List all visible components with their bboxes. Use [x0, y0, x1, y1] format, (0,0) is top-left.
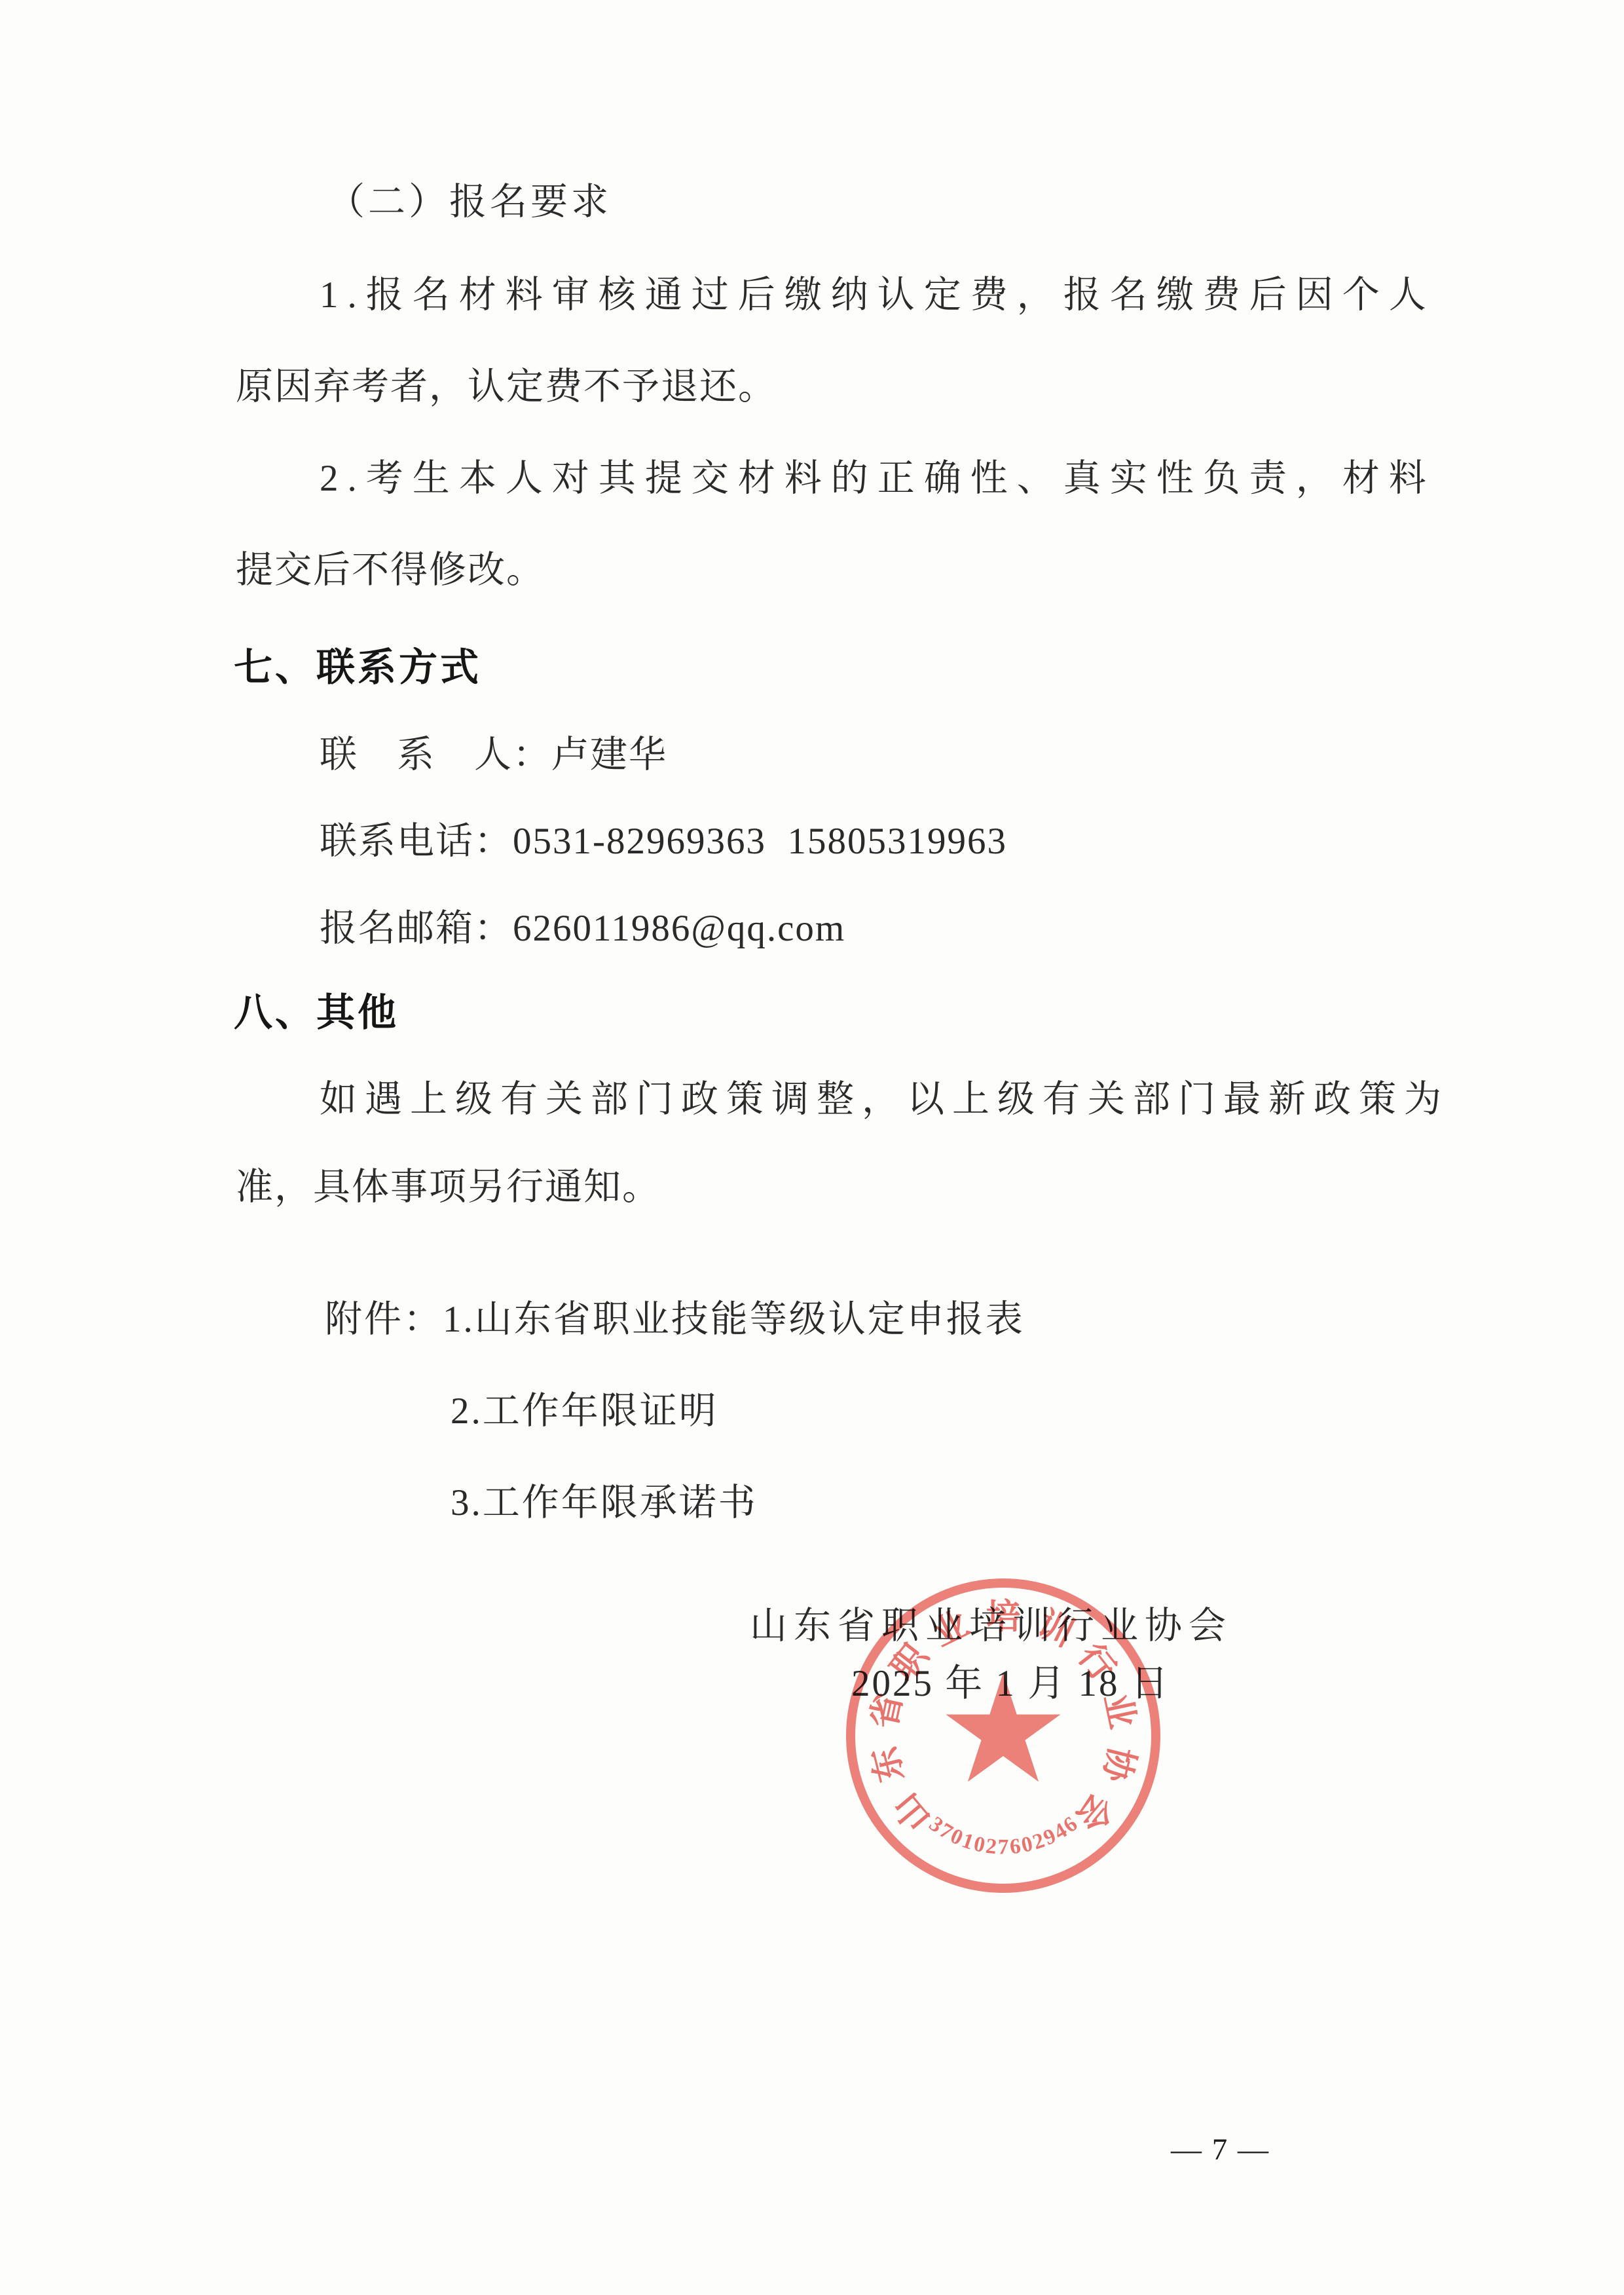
section-heading-other: 八、其他 — [234, 991, 399, 1036]
svg-text:训: 训 — [1031, 1604, 1079, 1654]
svg-text:职: 职 — [884, 1636, 936, 1688]
svg-text:东: 东 — [865, 1743, 911, 1786]
page-number: — 7 — — [1171, 2132, 1270, 2167]
contact-phone-line: 联系电话：0531-82969363 15805319963 — [320, 820, 1007, 863]
official-seal: 山东省职业培训行业协会 3701027602946 — [833, 1565, 1173, 1906]
para-material-responsibility-line1: 2.考生本人对其提交材料的正确性、真实性负责，材料 — [320, 457, 1435, 500]
para-registration-fee-line2: 原因弃考者，认定费不予退还。 — [236, 365, 777, 409]
svg-text:业: 业 — [1097, 1690, 1141, 1732]
svg-text:培: 培 — [986, 1597, 1021, 1636]
section-heading-contact-info: 七、联系方式 — [234, 646, 481, 690]
seal-star-icon — [946, 1673, 1061, 1782]
attachment-list-item-1: 附件：1.山东省职业技能等级认定申报表 — [325, 1298, 1025, 1341]
section-heading-registration-requirements: （二）报名要求 — [327, 181, 612, 224]
para-policy-adjustment-line2: 准，具体事项另行通知。 — [236, 1166, 661, 1209]
seal-serial-number: 3701027602946 — [925, 1812, 1082, 1859]
contact-email-line: 报名邮箱：626011986@qq.com — [320, 907, 845, 950]
svg-text:行: 行 — [1071, 1637, 1122, 1688]
svg-text:7: 7 — [998, 1836, 1009, 1859]
contact-person-line: 联 系 人：卢建华 — [320, 734, 667, 777]
svg-text:业: 业 — [927, 1605, 975, 1654]
svg-text:2: 2 — [985, 1835, 998, 1859]
para-material-responsibility-line2: 提交后不得修改。 — [236, 549, 545, 592]
para-registration-fee-line1: 1.报名材料审核通过后缴纳认定费，报名缴费后因个人 — [320, 274, 1435, 317]
document-page: （二）报名要求 1.报名材料审核通过后缴纳认定费，报名缴费后因个人 原因弃考者，… — [0, 0, 1624, 2295]
attachment-list-item-2: 2.工作年限证明 — [451, 1390, 718, 1433]
svg-text:协: 协 — [1095, 1743, 1141, 1787]
attachment-list-item-3: 3.工作年限承诺书 — [451, 1482, 758, 1525]
svg-text:省: 省 — [864, 1690, 910, 1732]
para-policy-adjustment-line1: 如遇上级有关部门政策调整，以上级有关部门最新政策为 — [320, 1078, 1449, 1121]
